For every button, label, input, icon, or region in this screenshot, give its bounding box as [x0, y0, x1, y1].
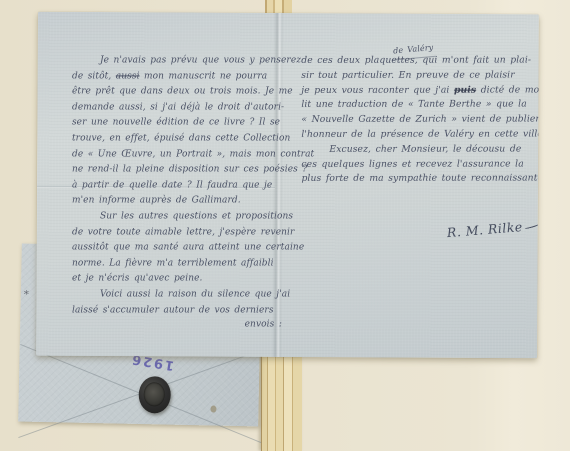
- handwritten-line: Excusez, cher Monsieur, le décousu de: [301, 142, 535, 157]
- pencil-mark: *: [24, 290, 29, 301]
- signature-text: R. M. Rilke: [446, 219, 523, 240]
- line-segment: de sitôt,: [72, 71, 116, 81]
- handwritten-line: sir tout particulier. En preuve de ce pl…: [301, 68, 535, 83]
- struck-word: aussi: [116, 71, 140, 81]
- wax-seal: [138, 376, 171, 414]
- book-edge-bottom: [261, 348, 302, 451]
- handwritten-line: Voici aussi la raison du silence que j'a…: [72, 287, 286, 303]
- handwritten-line: et je n'écris qu'avec peine.: [72, 272, 286, 288]
- handwritten-line: lit une traduction de « Tante Berthe » q…: [301, 98, 535, 113]
- handwritten-line: plus forte de ma sympathie toute reconna…: [301, 172, 535, 187]
- handwritten-line: Sur les autres questions et propositions: [72, 209, 286, 225]
- handwritten-line: m'en informe auprès de Gallimard.: [72, 194, 286, 210]
- handwritten-line: ser une nouvelle édition de ce livre ? I…: [72, 116, 286, 132]
- handwritten-line: l'honneur de la présence de Valéry en ce…: [301, 127, 535, 142]
- letter-sheet: Je n'avais pas prévu que vous y penserez…: [36, 12, 539, 359]
- handwritten-line: Je n'avais pas prévu que vous y penserez: [72, 53, 286, 69]
- handwritten-line: je peux vous raconter que j'ai puis dict…: [301, 83, 535, 98]
- catalog-photo: * 1926 Je n'avais pas prévu que vous y p…: [0, 0, 570, 451]
- handwritten-line: envois :: [72, 319, 286, 331]
- signature: R. M. Rilke: [446, 217, 539, 240]
- handwritten-line: trouve, en effet, épuisé dans cette Coll…: [72, 131, 286, 147]
- handwritten-line: laissé s'accumuler autour de vos dernier…: [72, 303, 286, 319]
- paper-stain: [210, 405, 216, 412]
- line-segment: je peux vous raconter que j'ai: [301, 84, 454, 95]
- handwritten-line: « Nouvelle Gazette de Zurich » vient de …: [301, 113, 535, 128]
- handwritten-line: norme. La fièvre m'a terriblement affaib…: [72, 256, 286, 272]
- letter-left-page: Je n'avais pas prévu que vous y penserez…: [72, 53, 286, 330]
- handwritten-line: de « Une Œuvre, un Portrait », mais mon …: [72, 147, 286, 163]
- handwritten-line: ne rend-il la pleine disposition sur ces…: [72, 163, 286, 179]
- handwritten-line: à partir de quelle date ? Il faudra que …: [72, 178, 286, 194]
- letter-right-page: de Valéry de ces deux plaquettes, qui m'…: [301, 53, 535, 187]
- handwritten-line: demande aussi, si j'ai déjà le droit d'a…: [72, 100, 286, 116]
- line-segment: dicté de mon: [476, 84, 539, 95]
- handwritten-line: aussitôt que ma santé aura atteint une c…: [72, 241, 286, 257]
- signature-flourish: [523, 217, 538, 230]
- handwritten-line: ces quelques lignes et recevez l'assuran…: [301, 157, 535, 172]
- handwritten-line: de sitôt, aussi mon manuscrit ne pourra: [72, 69, 286, 85]
- line-segment: mon manuscrit ne pourra: [140, 71, 268, 81]
- struck-word: puis: [454, 84, 476, 95]
- wax-seal-relief: [144, 382, 165, 406]
- handwritten-line: de votre toute aimable lettre, j'espère …: [72, 225, 286, 241]
- handwritten-line: être prêt que dans deux ou trois mois. J…: [72, 85, 286, 101]
